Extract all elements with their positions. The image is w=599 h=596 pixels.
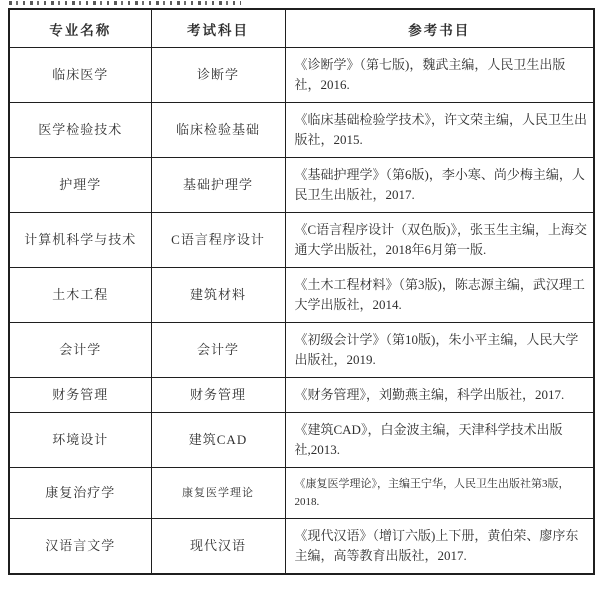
subject-cell: 建筑CAD [151,413,285,468]
reference-cell: 《临床基础检验学技术》，许文荣主编，人民卫生出版社，2015. [285,103,594,158]
major-cell: 财务管理 [9,378,151,413]
reference-cell: 《基础护理学》（第6版)，李小寒、尚少梅主编，人民卫生出版社，2017. [285,158,594,213]
reference-cell: 《土木工程材料》（第3版)，陈志源主编，武汉理工大学出版社，2014. [285,268,594,323]
reference-cell: 《建筑CAD》，白金波主编，天津科学技术出版社,2013. [285,413,594,468]
column-header: 专业名称 [9,9,151,48]
table-row: 临床医学诊断学《诊断学》（第七版)，魏武主编，人民卫生出版社，2016. [9,48,594,103]
column-header: 参考书目 [285,9,594,48]
reference-cell: 《康复医学理论》，主编王宁华，人民卫生出版社第3版，2018. [285,468,594,519]
subject-cell: 建筑材料 [151,268,285,323]
table-row: 环境设计建筑CAD《建筑CAD》，白金波主编，天津科学技术出版社,2013. [9,413,594,468]
table-row: 护理学基础护理学《基础护理学》（第6版)，李小寒、尚少梅主编，人民卫生出版社，2… [9,158,594,213]
major-cell: 计算机科学与技术 [9,213,151,268]
major-cell: 会计学 [9,323,151,378]
table-row: 会计学会计学《初级会计学》（第10版)，朱小平主编，人民大学出版社，2019. [9,323,594,378]
major-cell: 汉语言文学 [9,519,151,575]
major-cell: 土木工程 [9,268,151,323]
major-cell: 临床医学 [9,48,151,103]
reference-cell: 《现代汉语》（增订六版)上下册，黄伯荣、廖序东主编，高等教育出版社，2017. [285,519,594,575]
table-row: 土木工程建筑材料《土木工程材料》（第3版)，陈志源主编，武汉理工大学出版社，20… [9,268,594,323]
subject-cell: C语言程序设计 [151,213,285,268]
subject-cell: 会计学 [151,323,285,378]
column-header: 考试科目 [151,9,285,48]
table-row: 康复治疗学康复医学理论《康复医学理论》，主编王宁华，人民卫生出版社第3版，201… [9,468,594,519]
major-cell: 医学检验技术 [9,103,151,158]
reference-cell: 《C语言程序设计（双色版)》，张玉生主编，上海交通大学出版社，2018年6月第一… [285,213,594,268]
subject-cell: 临床检验基础 [151,103,285,158]
document-page: 专业名称考试科目参考书目 临床医学诊断学《诊断学》（第七版)，魏武主编，人民卫生… [0,0,599,596]
subject-cell: 诊断学 [151,48,285,103]
table-row: 医学检验技术临床检验基础《临床基础检验学技术》，许文荣主编，人民卫生出版社，20… [9,103,594,158]
subject-cell: 财务管理 [151,378,285,413]
subject-cell: 现代汉语 [151,519,285,575]
reference-cell: 《初级会计学》（第10版)，朱小平主编，人民大学出版社，2019. [285,323,594,378]
major-cell: 环境设计 [9,413,151,468]
major-cell: 护理学 [9,158,151,213]
table-header-row: 专业名称考试科目参考书目 [9,9,594,48]
table-row: 汉语言文学现代汉语《现代汉语》（增订六版)上下册，黄伯荣、廖序东主编，高等教育出… [9,519,594,575]
subject-cell: 康复医学理论 [151,468,285,519]
table-row: 计算机科学与技术C语言程序设计《C语言程序设计（双色版)》，张玉生主编，上海交通… [9,213,594,268]
reference-cell: 《财务管理》，刘勤燕主编，科学出版社，2017. [285,378,594,413]
reference-cell: 《诊断学》（第七版)，魏武主编，人民卫生出版社，2016. [285,48,594,103]
subject-cell: 基础护理学 [151,158,285,213]
reference-books-table: 专业名称考试科目参考书目 临床医学诊断学《诊断学》（第七版)，魏武主编，人民卫生… [8,8,595,575]
major-cell: 康复治疗学 [9,468,151,519]
clipped-text-top [9,1,241,5]
table-row: 财务管理财务管理《财务管理》，刘勤燕主编，科学出版社，2017. [9,378,594,413]
